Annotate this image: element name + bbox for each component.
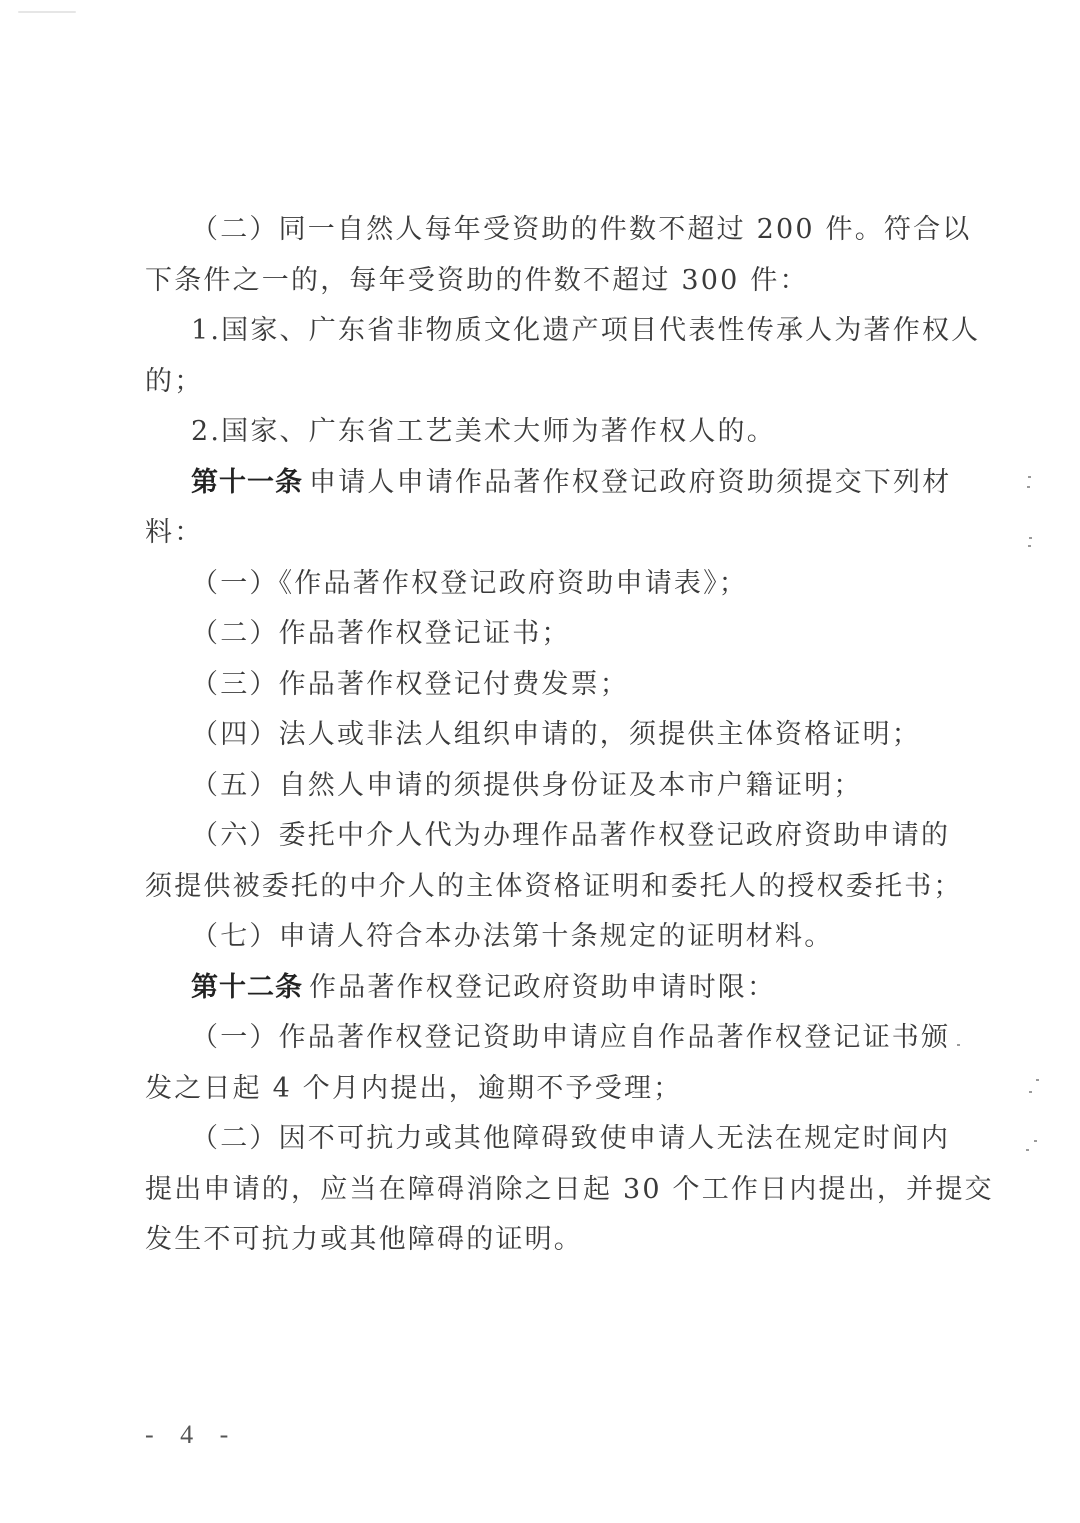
article-12-heading: 第十二条: [191, 972, 303, 1003]
article-11-heading: 第十一条: [191, 467, 303, 498]
scan-speck: [1027, 486, 1030, 488]
text-line: 发生不可抗力或其他障碍的证明。: [145, 1215, 945, 1266]
scan-speck: [1026, 1149, 1029, 1151]
scan-speck: [1029, 537, 1032, 539]
list-item: （二）因不可抗力或其他障碍致使申请人无法在规定时间内: [145, 1114, 945, 1165]
text-line: （二）同一自然人每年受资助的件数不超过 200 件。符合以: [145, 205, 945, 256]
article-12-line: 第十二条作品著作权登记政府资助申请时限：: [145, 963, 945, 1014]
article-11-text: 申请人申请作品著作权登记政府资助须提交下列材: [309, 467, 951, 498]
list-item: （三）作品著作权登记付费发票；: [145, 660, 945, 711]
page-number: - 4 -: [145, 1420, 238, 1450]
text-line: 提出申请的，应当在障碍消除之日起 30 个工作日内提出，并提交: [145, 1165, 945, 1216]
scan-speck: [1034, 1140, 1037, 1142]
list-item: （四）法人或非法人组织申请的，须提供主体资格证明；: [145, 710, 945, 761]
text-line: 下条件之一的，每年受资助的件数不超过 300 件：: [145, 256, 945, 307]
scan-speck: [957, 1044, 960, 1046]
list-item: （六）委托中介人代为办理作品著作权登记政府资助申请的: [145, 811, 945, 862]
scan-corner-mark: [18, 11, 76, 13]
text-line: 须提供被委托的中介人的主体资格证明和委托人的授权委托书；: [145, 862, 945, 913]
text-line: 1.国家、广东省非物质文化遗产项目代表性传承人为著作权人: [145, 306, 945, 357]
text-line: 的；: [145, 357, 945, 408]
text-line: 2.国家、广东省工艺美术大师为著作权人的。: [145, 407, 945, 458]
scan-speck: [1036, 1079, 1039, 1081]
list-item: （五）自然人申请的须提供身份证及本市户籍证明；: [145, 761, 945, 812]
article-11-line: 第十一条申请人申请作品著作权登记政府资助须提交下列材: [145, 458, 945, 509]
text-line: 发之日起 4 个月内提出，逾期不予受理；: [145, 1064, 945, 1115]
list-item: （一）《作品著作权登记政府资助申请表》；: [145, 559, 945, 610]
scan-speck: [1028, 476, 1031, 478]
article-12-text: 作品著作权登记政府资助申请时限：: [309, 972, 776, 1003]
text-line: 料：: [145, 508, 945, 559]
scan-speck: [1028, 545, 1031, 547]
list-item: （二）作品著作权登记证书；: [145, 609, 945, 660]
document-body: （二）同一自然人每年受资助的件数不超过 200 件。符合以 下条件之一的，每年受…: [145, 205, 945, 1266]
scan-speck: [1029, 1091, 1032, 1093]
list-item: （七）申请人符合本办法第十条规定的证明材料。: [145, 912, 945, 963]
list-item: （一）作品著作权登记资助申请应自作品著作权登记证书颁: [145, 1013, 945, 1064]
